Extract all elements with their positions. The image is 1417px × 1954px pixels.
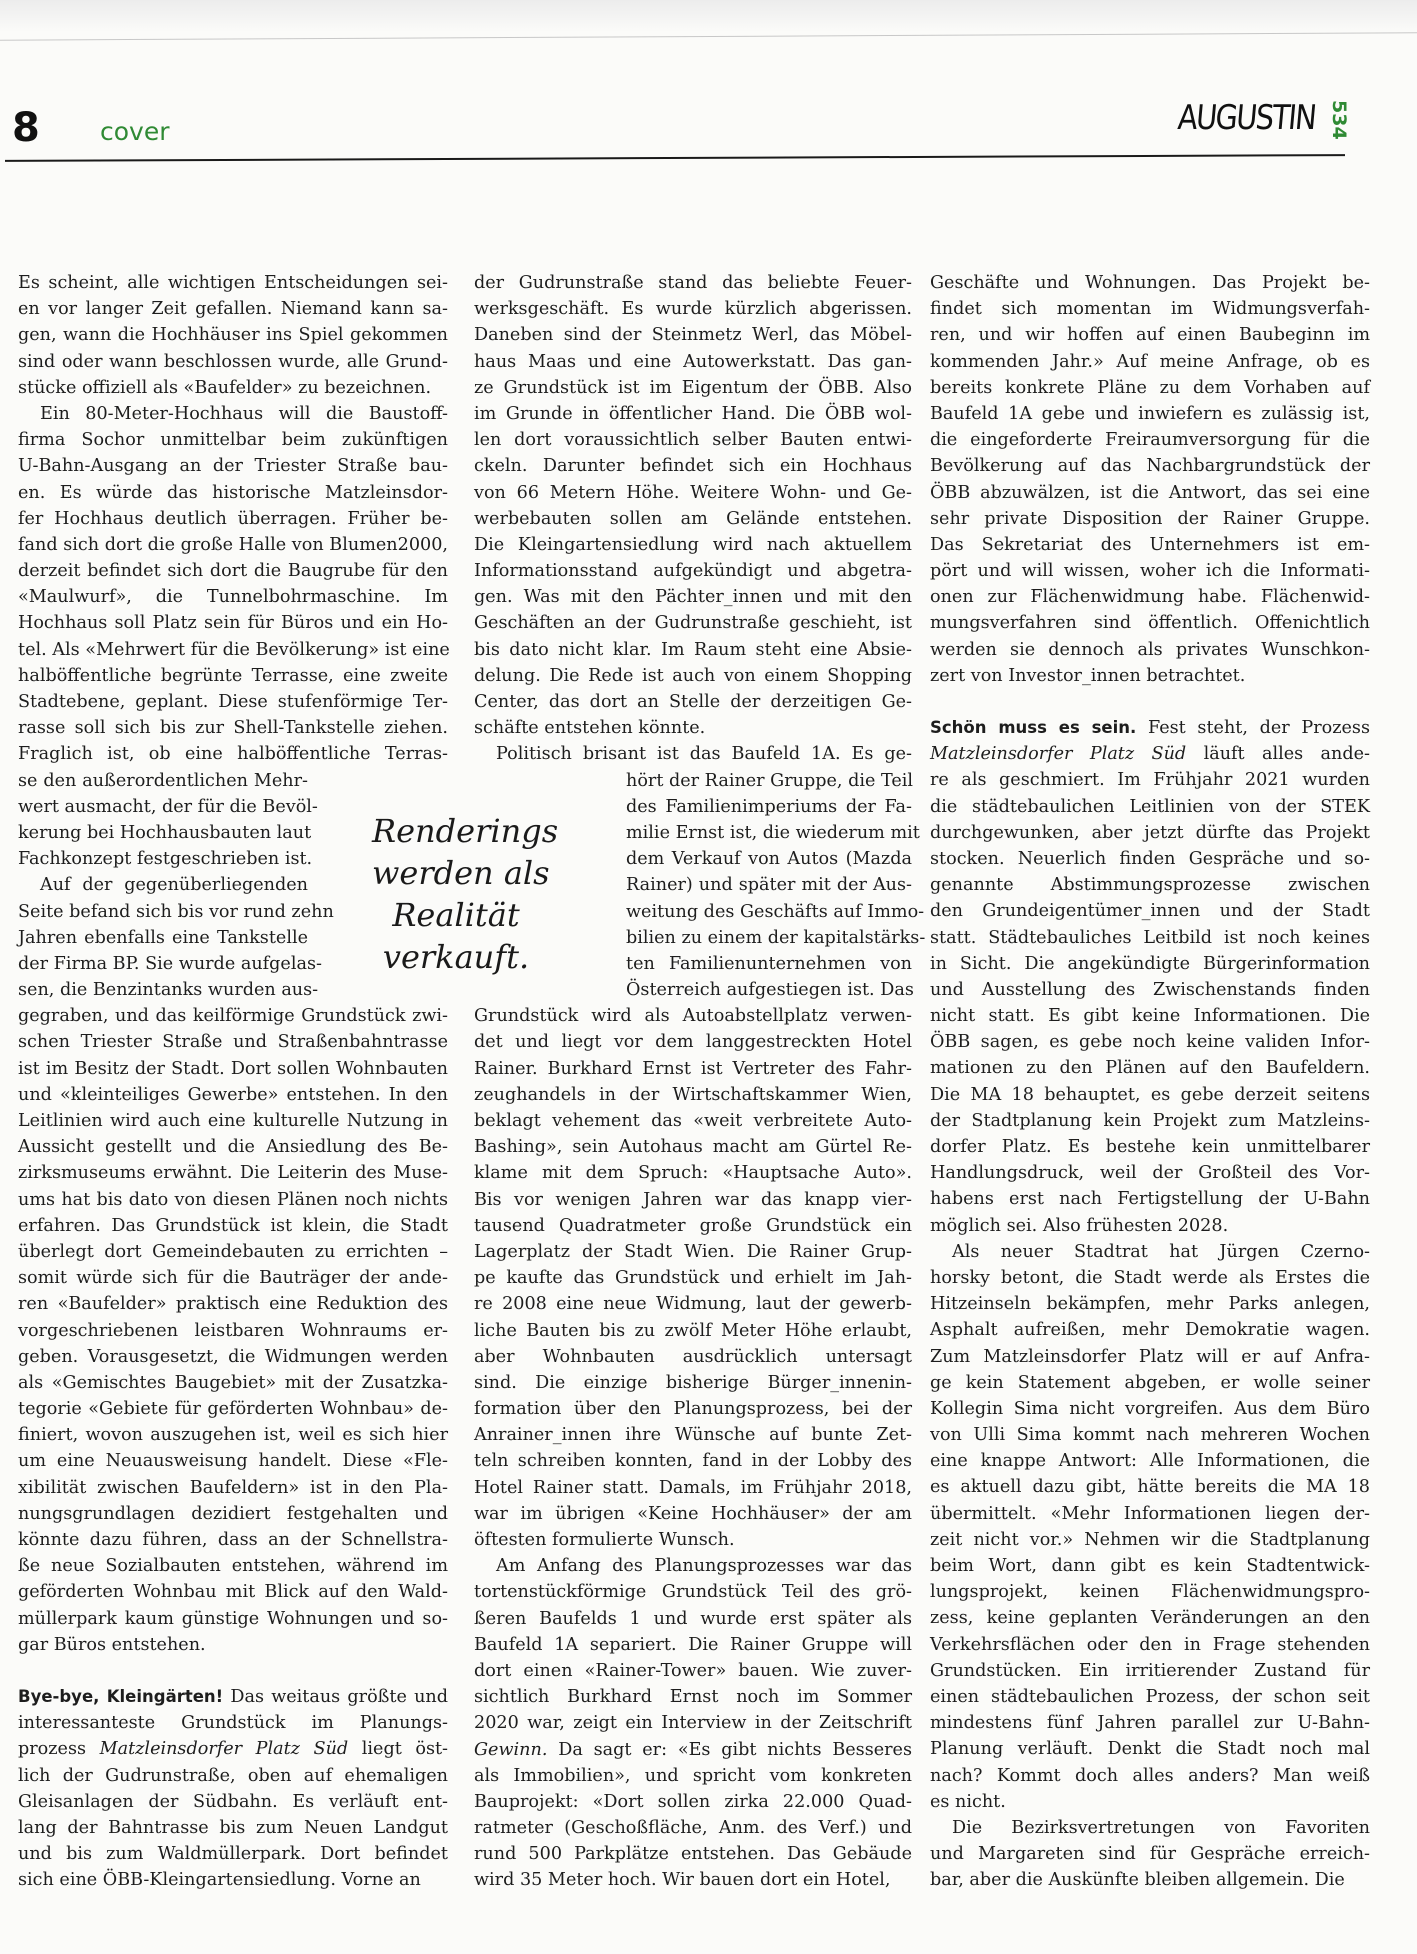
text-line: Bashing», sein Autohaus macht am Gürtel …: [474, 1134, 912, 1160]
subheading: Schön muss es sein.: [930, 718, 1136, 737]
text-line: sich eine ÖBB-Kleingartensiedlung. Vorne…: [18, 1867, 448, 1893]
text-line: re 2008 eine neue Widmung, laut der gewe…: [474, 1291, 912, 1317]
text-line: Matzleinsdorfer Platz Süd läuft alles an…: [930, 741, 1370, 767]
pull-quote-line: werden als: [372, 852, 540, 894]
text-line: Daneben sind der Steinmetz Werl, das Möb…: [474, 322, 912, 348]
scan-border-line: [0, 32, 1417, 40]
text-line: derzeit befindet sich dort die Baugrube …: [18, 558, 448, 584]
pull-quote: Renderingswerden alsRealitätverkauft.: [372, 810, 540, 978]
text-line: Hochhaus soll Platz sein für Büros und e…: [18, 610, 448, 636]
text-line: ist im Besitz der Stadt. Dort sollen Woh…: [18, 1056, 448, 1082]
text-line: öftesten formulierte Wunsch.: [474, 1527, 912, 1553]
text-line: ge kein Statement abgeben, er wolle sein…: [930, 1370, 1370, 1396]
text-line: nungsgrundlagen dezidiert festgehalten u…: [18, 1501, 448, 1527]
text-line: Hitzeinseln bekämpfen, mehr Parks anlege…: [930, 1291, 1370, 1317]
text-line: und «kleinteiliges Gewerbe» entstehen. I…: [18, 1082, 448, 1108]
text-line: gen. Was mit den Pächter_innen und mit d…: [474, 584, 912, 610]
text-line: Die Bezirksvertretungen von Favoriten: [930, 1815, 1370, 1841]
text-line: klame mit dem Spruch: «Hauptsache Auto».: [474, 1160, 912, 1186]
text-line: im Grunde in öffentlicher Hand. Die ÖBB …: [474, 401, 912, 427]
text-line: den Grundeigentümer_innen und der Stadt: [930, 898, 1370, 924]
text-line: Auf der gegenüberliegenden: [18, 872, 308, 898]
text-line: statt. Städtebauliches Leitbild ist noch…: [930, 925, 1370, 951]
text-line: nach? Kommt doch alles anders? Man weiß: [930, 1763, 1370, 1789]
text-line: als Immobilien», und spricht vom konkret…: [474, 1763, 912, 1789]
text-line: formation über den Planungsprozess, bei …: [474, 1396, 912, 1422]
text-line: horsky betont, die Stadt werde als Erste…: [930, 1265, 1370, 1291]
text-line: lich der Gudrunstraße, oben auf ehemalig…: [18, 1763, 448, 1789]
text-line: sen, die Benzintanks wurden aus-: [18, 977, 308, 1003]
subheading: Bye-bye, Kleingärten!: [18, 1687, 223, 1706]
subheading-line: Schön muss es sein. Fest steht, der Proz…: [930, 715, 1370, 741]
text-line: tortenstückförmige Grundstück Teil des g…: [474, 1579, 912, 1605]
text-line: ßeren Baufelds 1 und wurde erst später a…: [474, 1606, 912, 1632]
text-line: ren, und wir hoffen auf einen Baubeginn …: [930, 322, 1370, 348]
text-line: und bis zum Waldmüllerpark. Dort befinde…: [18, 1841, 448, 1867]
text-line: lang der Bahntrasse bis zum Neuen Landgu…: [18, 1815, 448, 1841]
text-line: beim Wort, dann gibt es kein Stadtentwic…: [930, 1553, 1370, 1579]
text-line: Center, das dort an Stelle der derzeitig…: [474, 689, 912, 715]
text-line: Grundstücken. Ein irritierender Zustand …: [930, 1658, 1370, 1684]
text-line: zirksmuseums erwähnt. Die Leiterin des M…: [18, 1160, 448, 1186]
text-line: und Margareten sind für Gespräche erreic…: [930, 1841, 1370, 1867]
text-line: bilien zu einem der kapitalstärks-: [626, 925, 912, 951]
text-line: möglich sei. Also frühesten 2028.: [930, 1213, 1370, 1239]
text-line: nicht statt. Es gibt keine Informationen…: [930, 1003, 1370, 1029]
pull-quote-line: verkauft.: [372, 936, 540, 978]
text-line: Gewinn. Da sagt er: «Es gibt nichts Bess…: [474, 1737, 912, 1763]
text-line: zeit nicht vor.» Nehmen wir die Stadtpla…: [930, 1527, 1370, 1553]
text-line: dem Verkauf von Autos (Mazda: [626, 846, 912, 872]
text-line: halböffentliche begrünte Terrasse, eine …: [18, 663, 448, 689]
text-line: wert ausmacht, der für die Bevöl-: [18, 794, 308, 820]
text-line: sind. Die einzige bisherige Bürger_innen…: [474, 1370, 912, 1396]
text-line: Stadtebene, geplant. Diese stufenförmige…: [18, 689, 448, 715]
text-line: durchgewunken, aber jetzt dürfte das Pro…: [930, 820, 1370, 846]
text-line: zeughandels in der Wirtschaftskammer Wie…: [474, 1082, 912, 1108]
text-line: haus Maas und eine Autowerkstatt. Das ga…: [474, 349, 912, 375]
text-line: einen städtebaulichen Prozess, der schon…: [930, 1684, 1370, 1710]
text-line: Asphalt aufreißen, mehr Demokratie wagen…: [930, 1317, 1370, 1343]
text-line: aber Wohnbauten ausdrücklich untersagt: [474, 1344, 912, 1370]
text-line: Verkehrsflächen oder den in Frage stehen…: [930, 1632, 1370, 1658]
text-line: re als geschmiert. Im Frühjahr 2021 wurd…: [930, 767, 1370, 793]
text-line: finiert, wovon auszugehen ist, weil es s…: [18, 1422, 448, 1448]
text-line: prozess Matzleinsdorfer Platz Süd liegt …: [18, 1736, 448, 1762]
text-line: der Firma BP. Sie wurde aufgelas-: [18, 951, 308, 977]
text-line: Gleisanlagen der Südbahn. Es verläuft en…: [18, 1789, 448, 1815]
text-line: zert von Investor_innen betrachtet.: [930, 663, 1370, 689]
text-line: Leitlinien wird auch eine kulturelle Nut…: [18, 1108, 448, 1134]
text-line: interessanteste Grundstück im Planungs-: [18, 1710, 448, 1736]
text-line: war im übrigen «Keine Hochhäuser» der am: [474, 1501, 912, 1527]
text-line: tegorie «Gebiete für geförderten Wohnbau…: [18, 1396, 448, 1422]
text-line: Fraglich ist, ob eine halböffentliche Te…: [18, 741, 448, 767]
text-line: Ein 80-Meter-Hochhaus will die Baustoff-: [18, 401, 448, 427]
text-line: ten Familienunternehmen von: [626, 951, 912, 977]
text-line: se den außerordentlichen Mehr-: [18, 768, 308, 794]
text-line: werksgeschäft. Es wurde kürzlich abgeris…: [474, 296, 912, 322]
text-line: en. Es würde das historische Matzleinsdo…: [18, 480, 448, 506]
text-line: onen zur Flächenwidmung habe. Flächenwid…: [930, 584, 1370, 610]
text-line: Bevölkerung auf das Nachbargrundstück de…: [930, 453, 1370, 479]
text-line: Handlungsdruck, weil der Großteil des Vo…: [930, 1160, 1370, 1186]
text-line: mungsverfahren sind öffentlich. Offenich…: [930, 610, 1370, 636]
paragraph-gap: [18, 1658, 448, 1684]
text-line: bar, aber die Auskünfte bleiben allgemei…: [930, 1867, 1370, 1893]
text-line: Politisch brisant ist das Baufeld 1A. Es…: [474, 741, 912, 767]
text-line: Planung verläuft. Denkt die Stadt noch m…: [930, 1736, 1370, 1762]
text-line: kerung bei Hochhausbauten laut: [18, 820, 308, 846]
text-line: werden sie dennoch als privates Wunschko…: [930, 637, 1370, 663]
text-line: en vor langer Zeit gefallen. Niemand kan…: [18, 296, 448, 322]
page-number: 8: [12, 105, 40, 151]
text-line: Rainer) und später mit der Aus-: [626, 872, 912, 898]
page-header: 8 cover AUGUSTIN 534: [0, 95, 1417, 165]
text-line: Informationsstand aufgekündigt und abget…: [474, 558, 912, 584]
text-line: Jahren ebenfalls eine Tankstelle: [18, 925, 308, 951]
magazine-logo: AUGUSTIN: [1176, 98, 1317, 138]
text-line: Das Sekretariat des Unternehmers ist em-: [930, 532, 1370, 558]
text-line: gen, wann die Hochhäuser ins Spiel gekom…: [18, 322, 448, 348]
text-line: Bis vor wenigen Jahren war das knapp vie…: [474, 1187, 912, 1213]
text-line: gar Büros entstehen.: [18, 1632, 448, 1658]
header-rule: [5, 154, 1345, 162]
text-line: es nicht.: [930, 1789, 1370, 1815]
text-line: kommenden Jahr.» Auf meine Anfrage, ob e…: [930, 349, 1370, 375]
article-column-2: der Gudrunstraße stand das beliebte Feue…: [474, 270, 912, 1894]
pull-quote-line: Realität: [372, 894, 540, 936]
text-line: wird 35 Meter hoch. Wir bauen dort ein H…: [474, 1867, 912, 1893]
text-line: Bauprojekt: «Dort sollen zirka 22.000 Qu…: [474, 1789, 912, 1815]
text-line: der Gudrunstraße stand das beliebte Feue…: [474, 270, 912, 296]
text-line: die eingeforderte Freiraumversorgung für…: [930, 427, 1370, 453]
text-line: sind oder wann beschlossen wurde, alle G…: [18, 349, 448, 375]
text-line: rasse soll sich bis zur Shell-Tankstelle…: [18, 715, 448, 741]
text-line: findet sich momentan im Widmungsverfah-: [930, 296, 1370, 322]
issue-number: 534: [1328, 100, 1350, 140]
text-line: Baufeld 1A separiert. Die Rainer Gruppe …: [474, 1632, 912, 1658]
text-line: Zum Matzleinsdorfer Platz will er auf An…: [930, 1344, 1370, 1370]
text-line: mationen zu den Plänen auf den Baufelder…: [930, 1055, 1370, 1081]
text-line: tausend Quadratmeter große Grundstück ei…: [474, 1213, 912, 1239]
text-line: Am Anfang des Planungsprozesses war das: [474, 1553, 912, 1579]
text-line: ren «Baufelder» praktisch eine Reduktion…: [18, 1291, 448, 1317]
text-line: Rainer. Burkhard Ernst ist Vertreter des…: [474, 1056, 912, 1082]
text-line: genannte Abstimmungsprozesse zwischen: [930, 872, 1370, 898]
text-line: bereits konkrete Pläne zu dem Vorhaben a…: [930, 375, 1370, 401]
text-line: firma Sochor unmittelbar beim zukünftige…: [18, 427, 448, 453]
article-column-3: Geschäfte und Wohnungen. Das Projekt be-…: [930, 270, 1370, 1893]
text-line: Die Kleingartensiedlung wird nach aktuel…: [474, 532, 912, 558]
text-line: det und liegt vor dem langgestreckten Ho…: [474, 1029, 912, 1055]
text-line: delung. Die Rede ist auch von einem Shop…: [474, 663, 912, 689]
text-line: die städtebaulichen Leitlinien von der S…: [930, 794, 1370, 820]
text-line: habens erst nach Fertigstellung der U-Ba…: [930, 1186, 1370, 1212]
text-line: des Familienimperiums der Fa-: [626, 794, 912, 820]
text-line: vorgeschriebenen leistbaren Wohnraums er…: [18, 1318, 448, 1344]
text-line: eine knappe Antwort: Alle Informationen,…: [930, 1448, 1370, 1474]
text-line: Die MA 18 behauptet, es gebe derzeit sei…: [930, 1082, 1370, 1108]
text-line: Geschäften an der Gudrunstraße geschieht…: [474, 610, 912, 636]
text-line: stücke offiziell als «Baufelder» zu beze…: [18, 375, 448, 401]
text-line: schen Triester Straße und Straßenbahntra…: [18, 1029, 448, 1055]
text-line: tel. Als «Mehrwert für die Bevölkerung» …: [18, 637, 448, 663]
text-line: hört der Rainer Gruppe, die Teil: [626, 768, 912, 794]
text-line: Als neuer Stadtrat hat Jürgen Czerno-: [930, 1239, 1370, 1265]
text-line: sehr private Disposition der Rainer Grup…: [930, 506, 1370, 532]
text-line: Seite befand sich bis vor rund zehn: [18, 899, 308, 925]
text-line: liche Bauten bis zu zwölf Meter Höhe erl…: [474, 1318, 912, 1344]
text-line: ckeln. Darunter befindet sich ein Hochha…: [474, 453, 912, 479]
text-line: werbebauten sollen am Gelände entstehen.: [474, 506, 912, 532]
article-column-1: Es scheint, alle wichtigen Entscheidunge…: [18, 270, 448, 1893]
text-line: len dort voraussichtlich selber Bauten e…: [474, 427, 912, 453]
text-line: ÖBB sagen, es gebe noch keine validen In…: [930, 1029, 1370, 1055]
text-line: xibilität zwischen Baufeldern» ist in de…: [18, 1475, 448, 1501]
scan-edge: [0, 0, 1417, 32]
text-line: pört und will wissen, woher ich die Info…: [930, 558, 1370, 584]
text-line: Kollegin Sima nicht vorgreifen. Aus dem …: [930, 1396, 1370, 1422]
text-line: bis dato nicht klar. Im Raum steht eine …: [474, 637, 912, 663]
text-line: Lagerplatz der Stadt Wien. Die Rainer Gr…: [474, 1239, 912, 1265]
text-line: rund 500 Parkplätze entstehen. Das Gebäu…: [474, 1841, 912, 1867]
text-line: teln schreiben konnten, fand in der Lobb…: [474, 1448, 912, 1474]
text-line: ze Grundstück ist im Eigentum der ÖBB. A…: [474, 375, 912, 401]
text-line: überlegt dort Gemeindebauten zu errichte…: [18, 1239, 448, 1265]
text-line: «Maulwurf», die Tunnelbohrmaschine. Im: [18, 584, 448, 610]
text-line: Baufeld 1A gebe und inwiefern es zulässi…: [930, 401, 1370, 427]
text-line: von 66 Metern Höhe. Weitere Wohn- und Ge…: [474, 480, 912, 506]
text-line: zess, keine geplanten Veränderungen an d…: [930, 1605, 1370, 1631]
text-line: ße neue Sozialbauten entstehen, während …: [18, 1553, 448, 1579]
text-line: U-Bahn-Ausgang an der Triester Straße ba…: [18, 453, 448, 479]
text-line: schäfte entstehen könnte.: [474, 715, 912, 741]
text-line: fand sich dort die große Halle von Blume…: [18, 532, 448, 558]
text-line: als «Gemischtes Baugebiet» mit der Zusat…: [18, 1370, 448, 1396]
text-line: lungsprojekt, keinen Flächenwidmungspro-: [930, 1579, 1370, 1605]
text-line: stocken. Neuerlich finden Gespräche und …: [930, 846, 1370, 872]
text-line: in Sicht. Die angekündigte Bürgerinforma…: [930, 951, 1370, 977]
text-line: milie Ernst ist, die wiederum mit: [626, 820, 912, 846]
paragraph-gap: [930, 689, 1370, 715]
text-line: Hotel Rainer statt. Damals, im Frühjahr …: [474, 1475, 912, 1501]
text-line: beklagt vehement das «weit verbreitete A…: [474, 1108, 912, 1134]
text-line: es aktuell dazu gibt, hätte bereits die …: [930, 1474, 1370, 1500]
text-line: Es scheint, alle wichtigen Entscheidunge…: [18, 270, 448, 296]
subheading-line: Bye-bye, Kleingärten! Das weitaus größte…: [18, 1684, 448, 1710]
text-line: und Ausstellung des Zwischenstands finde…: [930, 977, 1370, 1003]
text-line: um eine Neuausweisung handelt. Diese «Fl…: [18, 1448, 448, 1474]
text-line: pe kaufte das Grundstück und erhielt im …: [474, 1265, 912, 1291]
text-line: Anrainer_innen ihre Wünsche auf bunte Ze…: [474, 1422, 912, 1448]
text-line: übermittelt. «Mehr Informationen liegen …: [930, 1501, 1370, 1527]
text-line: ratmeter (Geschoßfläche, Anm. des Verf.)…: [474, 1815, 912, 1841]
text-line: dort einen «Rainer-Tower» bauen. Wie zuv…: [474, 1658, 912, 1684]
text-line: geförderten Wohnbau mit Blick auf den Wa…: [18, 1579, 448, 1605]
text-line: dorfer Platz. Es bestehe kein unmittelba…: [930, 1134, 1370, 1160]
text-line: Aussicht gestellt und die Ansiedlung des…: [18, 1134, 448, 1160]
text-line: der Stadtplanung kein Projekt zum Matzle…: [930, 1108, 1370, 1134]
text-line: könnte dazu führen, dass an der Schnells…: [18, 1527, 448, 1553]
text-line: Geschäfte und Wohnungen. Das Projekt be-: [930, 270, 1370, 296]
pull-quote-line: Renderings: [372, 810, 540, 852]
text-line: weitung des Geschäfts auf Immo-: [626, 899, 912, 925]
text-line: mindestens fünf Jahren parallel zur U-Ba…: [930, 1710, 1370, 1736]
text-line: ÖBB abzuwälzen, ist die Antwort, das sei…: [930, 480, 1370, 506]
text-line: Fachkonzept festgeschrieben ist.: [18, 846, 308, 872]
text-line: Grundstück wird als Autoabstellplatz ver…: [474, 1003, 912, 1029]
text-line: gegraben, und das keilförmige Grundstück…: [18, 1003, 448, 1029]
text-line: geben. Vorausgesetzt, die Widmungen werd…: [18, 1344, 448, 1370]
text-line: müllerpark kaum günstige Wohnungen und s…: [18, 1606, 448, 1632]
text-line: von Ulli Sima kommt nach mehreren Wochen: [930, 1422, 1370, 1448]
text-line: erfahren. Das Grundstück ist klein, die …: [18, 1213, 448, 1239]
text-line: sichtlich Burkhard Ernst noch im Sommer: [474, 1684, 912, 1710]
text-line: somit würde sich für die Bauträger der a…: [18, 1265, 448, 1291]
section-label: cover: [100, 117, 170, 146]
text-line: 2020 war, zeigt ein Interview in der Zei…: [474, 1710, 912, 1736]
text-line: Österreich aufgestiegen ist. Das: [626, 977, 912, 1003]
text-line: ums hat bis dato von diesen Plänen noch …: [18, 1187, 448, 1213]
text-line: fer Hochhaus deutlich überragen. Früher …: [18, 506, 448, 532]
